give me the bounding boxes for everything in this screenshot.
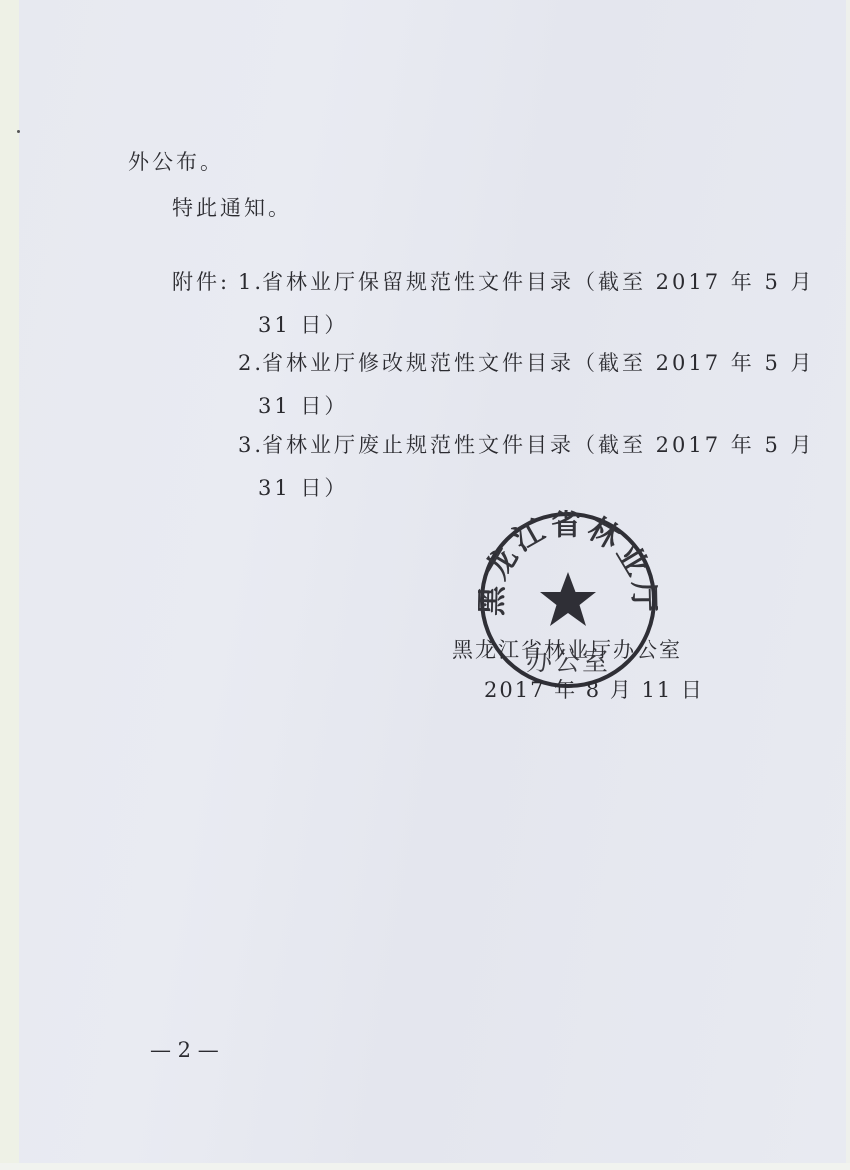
attachment-title-continuation: 31 日） xyxy=(258,476,348,500)
attachment-number: 2. xyxy=(238,351,264,375)
attachment-title-continuation: 31 日） xyxy=(258,313,348,337)
attachment-number: 3. xyxy=(238,433,264,457)
scan-right-edge xyxy=(846,0,850,1170)
attachments-label: 附件: xyxy=(172,270,230,294)
issue-date: 2017 年 8 月 11 日 xyxy=(484,674,704,704)
scan-bottom-edge xyxy=(0,1163,850,1170)
body-line-closing: 特此通知。 xyxy=(172,196,292,220)
scan-speck xyxy=(17,130,20,133)
attachment-title: 省林业厅废止规范性文件目录（截至 2017 年 5 月 xyxy=(262,433,815,457)
attachment-title: 省林业厅保留规范性文件目录（截至 2017 年 5 月 xyxy=(262,270,815,294)
star-icon xyxy=(540,572,596,626)
attachment-title-continuation: 31 日） xyxy=(258,394,348,418)
attachment-number: 1. xyxy=(238,270,264,294)
attachment-title: 省林业厅修改规范性文件目录（截至 2017 年 5 月 xyxy=(262,351,815,375)
issuer-name: 黑龙江省林业厅办公室 xyxy=(452,634,682,664)
page-number: — 2 — xyxy=(150,1038,219,1062)
scan-left-edge xyxy=(0,0,19,1170)
document-page xyxy=(19,0,846,1163)
body-line-continuation: 外公布。 xyxy=(128,150,224,174)
